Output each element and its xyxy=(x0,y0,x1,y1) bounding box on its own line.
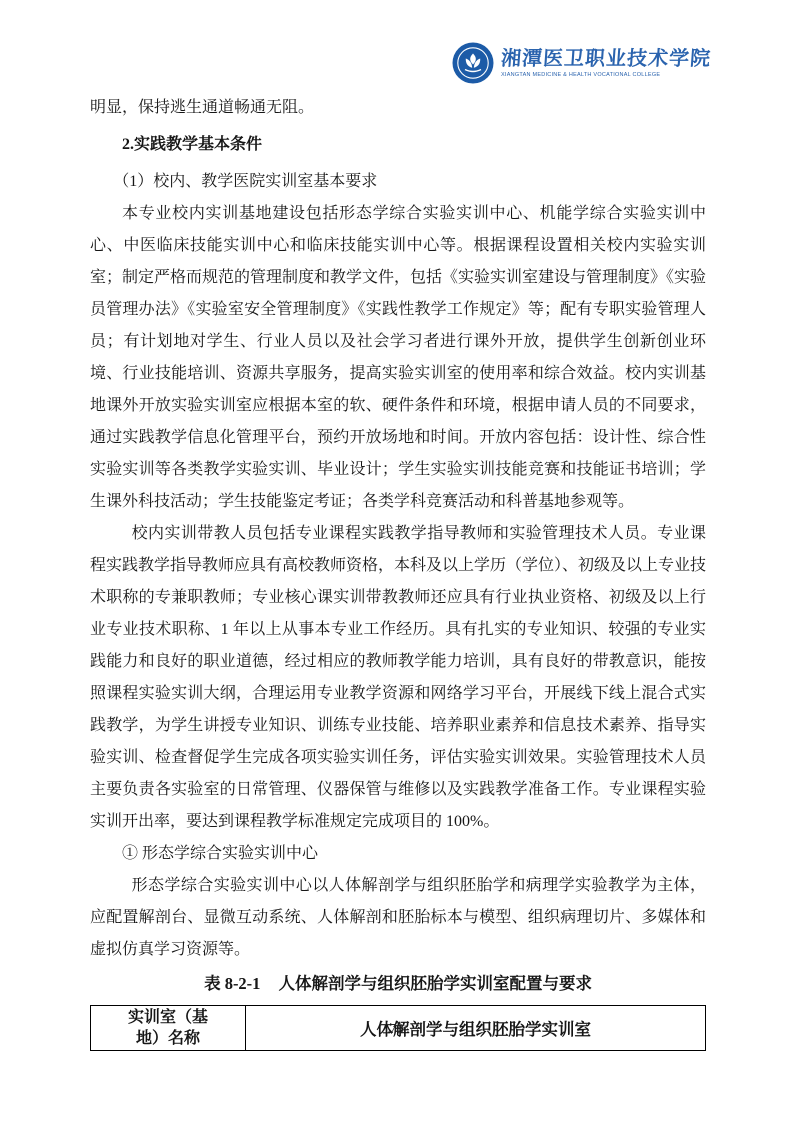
document-body: 明显，保持逃生通道畅通无阻。 2.实践教学基本条件 （1）校内、教学医院实训室基… xyxy=(90,92,706,1051)
college-emblem-icon xyxy=(452,42,494,84)
paragraph-morphology-center: 形态学综合实验实训中心以人体解剖学与组织胚胎学和病理学实验教学为主体，应配置解剖… xyxy=(90,870,706,966)
college-logo: 湘潭医卫职业技术学院 XIANGTAN MEDICINE & HEALTH VO… xyxy=(452,42,711,84)
section-heading: 2.实践教学基本条件 xyxy=(90,129,706,161)
item-heading-morphology-center: ① 形态学综合实验实训中心 xyxy=(90,838,706,870)
subsection-heading: （1）校内、教学医院实训室基本要求 xyxy=(90,166,706,198)
college-names: 湘潭医卫职业技术学院 XIANGTAN MEDICINE & HEALTH VO… xyxy=(501,48,711,78)
table-caption-title: 人体解剖学与组织胚胎学实训室配置与要求 xyxy=(278,974,592,993)
document-page: 湘潭医卫职业技术学院 XIANGTAN MEDICINE & HEALTH VO… xyxy=(0,0,793,1122)
college-name-en: XIANGTAN MEDICINE & HEALTH VOCATIONAL CO… xyxy=(501,72,711,78)
college-name-zh: 湘潭医卫职业技术学院 xyxy=(500,48,712,70)
paragraph-training-staff: 校内实训带教人员包括专业课程实践教学指导教师和实验管理技术人员。专业课程实践教学… xyxy=(90,518,706,838)
table-caption: 表 8-2-1人体解剖学与组织胚胎学实训室配置与要求 xyxy=(90,969,706,999)
table-caption-label: 表 8-2-1 xyxy=(204,974,260,993)
page-number: 78 xyxy=(0,1022,793,1038)
continuation-paragraph: 明显，保持逃生通道畅通无阻。 xyxy=(90,92,706,124)
paragraph-campus-training-base: 本专业校内实训基地建设包括形态学综合实验实训中心、机能学综合实验实训中心、中医临… xyxy=(90,198,706,518)
